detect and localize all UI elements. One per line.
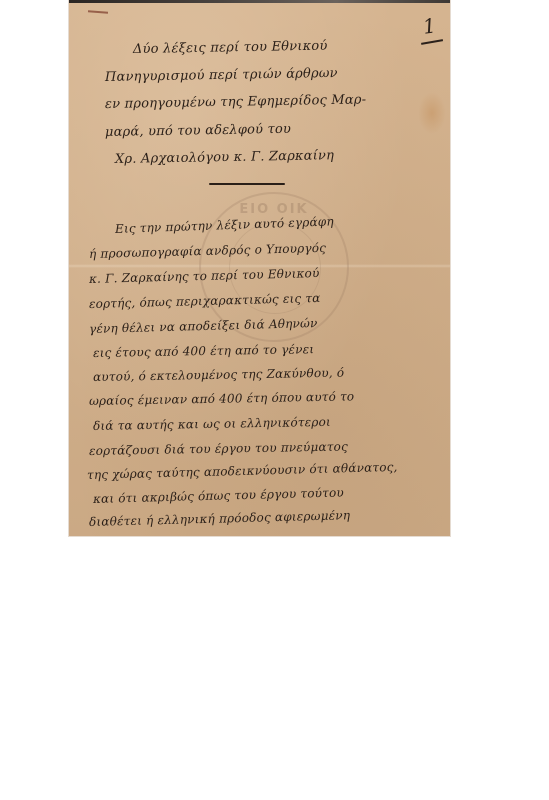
title-divider <box>209 183 285 185</box>
body-line-12: και ότι ακριβώς όπως του έργου τούτου <box>93 485 344 506</box>
title-line-5: Χρ. Αρχαιολόγου κ. Γ. Ζαρκαίνη <box>115 148 334 167</box>
body-line-10: εορτάζουσι διά του έργου του πνεύματος <box>89 439 348 458</box>
title-line-4: μαρά, υπό του αδελφού του <box>105 122 291 140</box>
corner-ink-mark <box>88 10 108 13</box>
scan-top-edge <box>69 0 450 3</box>
body-line-11: της χώρας ταύτης αποδεικνύουσιν ότι αθάν… <box>87 460 398 482</box>
body-line-8: ωραίος έμειναν από 400 έτη όπου αυτό το <box>89 389 355 408</box>
title-line-1: Δύο λέξεις περί του Εθνικού <box>133 39 328 57</box>
title-line-2: Πανηγυρισμού περί τριών άρθρων <box>105 66 338 85</box>
body-line-9: διά τα αυτής και ως οι ελληνικότεροι <box>93 415 331 433</box>
paper-stain <box>418 92 446 134</box>
page-number: 1 <box>421 13 437 39</box>
body-line-13: διαθέτει ή ελληνική πρόοδος αφιερωμένη <box>89 508 350 529</box>
body-line-7: αυτού, ό εκτελουμένος της Ζακύνθου, ό <box>93 366 345 384</box>
page-number-underline <box>421 39 443 44</box>
manuscript-page: ΕΙΟ ΟΙΚ 1 Δύο λέξεις περί του Εθνικού Πα… <box>69 0 450 536</box>
title-line-3: εν προηγουμένω της Εφημερίδος Μαρ- <box>105 92 367 112</box>
body-line-6: εις έτους από 400 έτη από το γένει <box>93 342 314 360</box>
